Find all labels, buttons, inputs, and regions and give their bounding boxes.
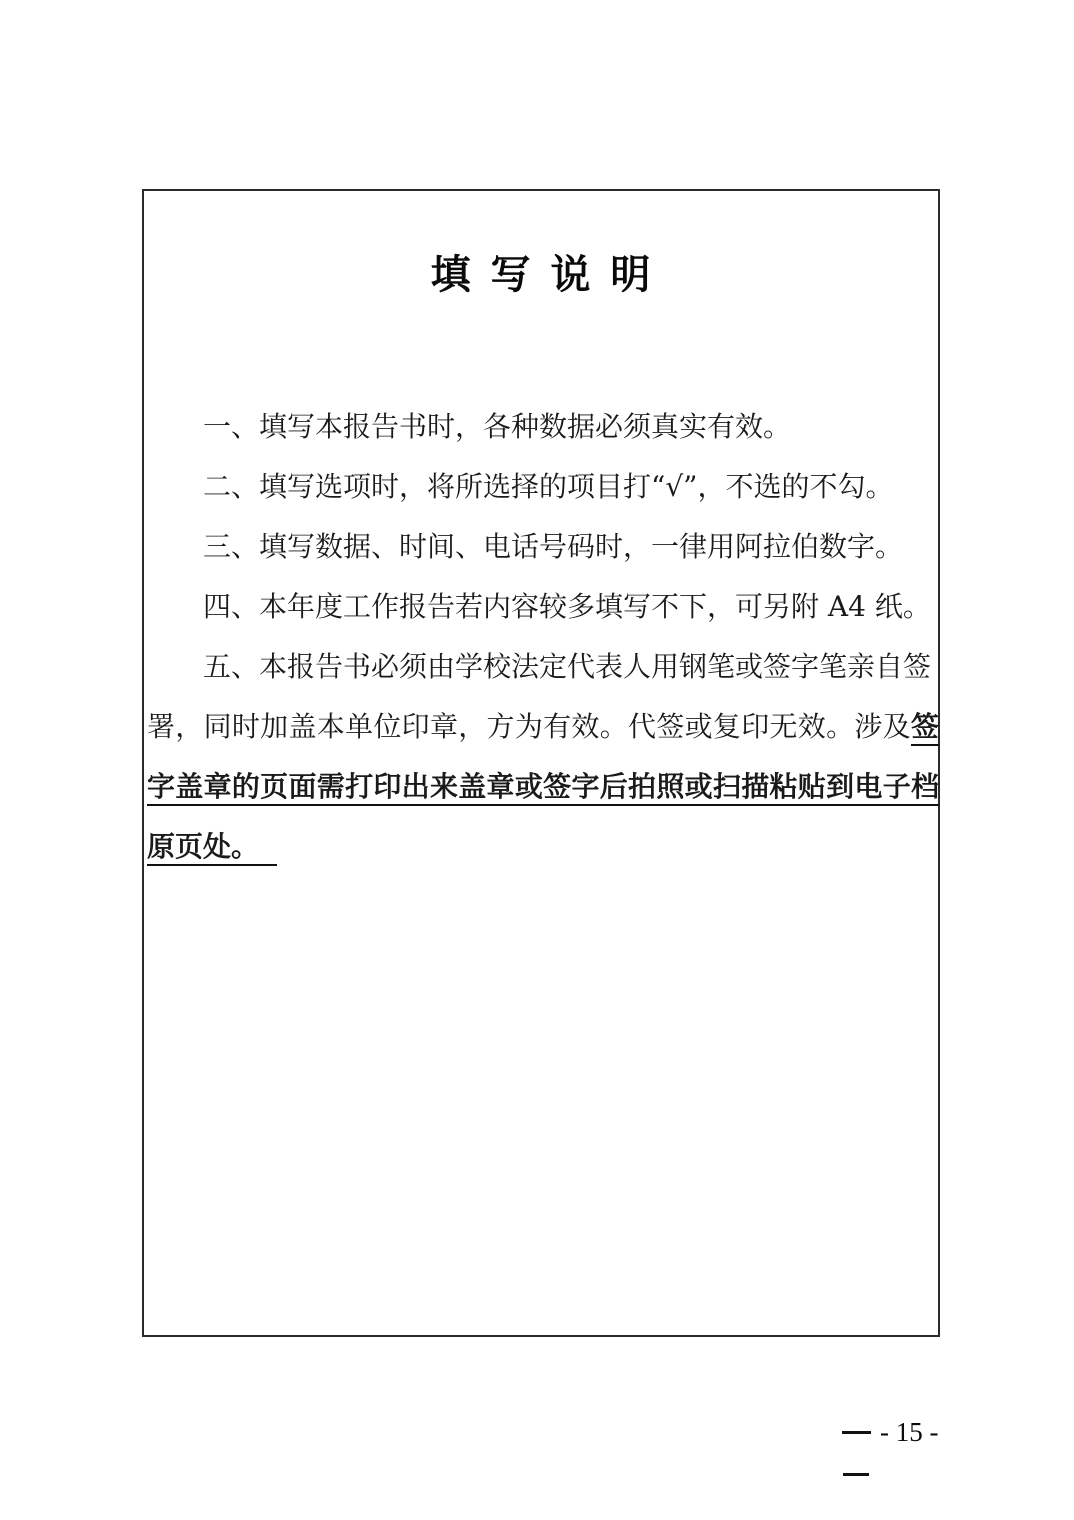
instruction-text: 三、填写数据、时间、电话号码时，一律用阿拉伯数字。 (203, 530, 903, 563)
instruction-line-4: 四、本年度工作报告若内容较多填写不下，可另附 A4 纸。 (147, 577, 939, 637)
page-number: - 15 - (880, 1416, 950, 1448)
instruction-line-8: 原页处。 (147, 817, 939, 877)
footer-dash-mark-lower (843, 1473, 869, 1476)
page-title: 填 写 说 明 (144, 247, 940, 303)
instruction-text: 五、本报告书必须由学校法定代表人用钢笔或签字笔亲自签 (203, 650, 931, 683)
instruction-emphasis: 原页处。 (147, 830, 277, 866)
instruction-line-1: 一、填写本报告书时，各种数据必须真实有效。 (147, 397, 939, 457)
instruction-line-7: 字盖章的页面需打印出来盖章或签字后拍照或扫描粘贴到电子档 (147, 757, 939, 817)
instruction-text: 二、填写选项时，将所选择的项目打“√”，不选的不勾。 (203, 470, 893, 503)
instruction-text: 一、填写本报告书时，各种数据必须真实有效。 (203, 410, 791, 443)
instruction-line-2: 二、填写选项时，将所选择的项目打“√”，不选的不勾。 (147, 457, 939, 517)
instruction-emphasis: 字盖章的页面需打印出来盖章或签字后拍照或扫描粘贴到电子档 (147, 770, 939, 806)
instruction-line-3: 三、填写数据、时间、电话号码时，一律用阿拉伯数字。 (147, 517, 939, 577)
footer-dash-mark (842, 1431, 871, 1434)
instruction-line-6: 署，同时加盖本单位印章，方为有效。代签或复印无效。涉及签 (147, 697, 939, 757)
instructions-list: 一、填写本报告书时，各种数据必须真实有效。 二、填写选项时，将所选择的项目打“√… (147, 397, 939, 877)
instruction-text: 署，同时加盖本单位印章，方为有效。代签或复印无效。涉及 (147, 710, 911, 743)
instruction-line-5: 五、本报告书必须由学校法定代表人用钢笔或签字笔亲自签 (147, 637, 939, 697)
instruction-emphasis: 签 (911, 710, 939, 746)
instruction-text: 四、本年度工作报告若内容较多填写不下，可另附 A4 纸。 (203, 590, 931, 623)
